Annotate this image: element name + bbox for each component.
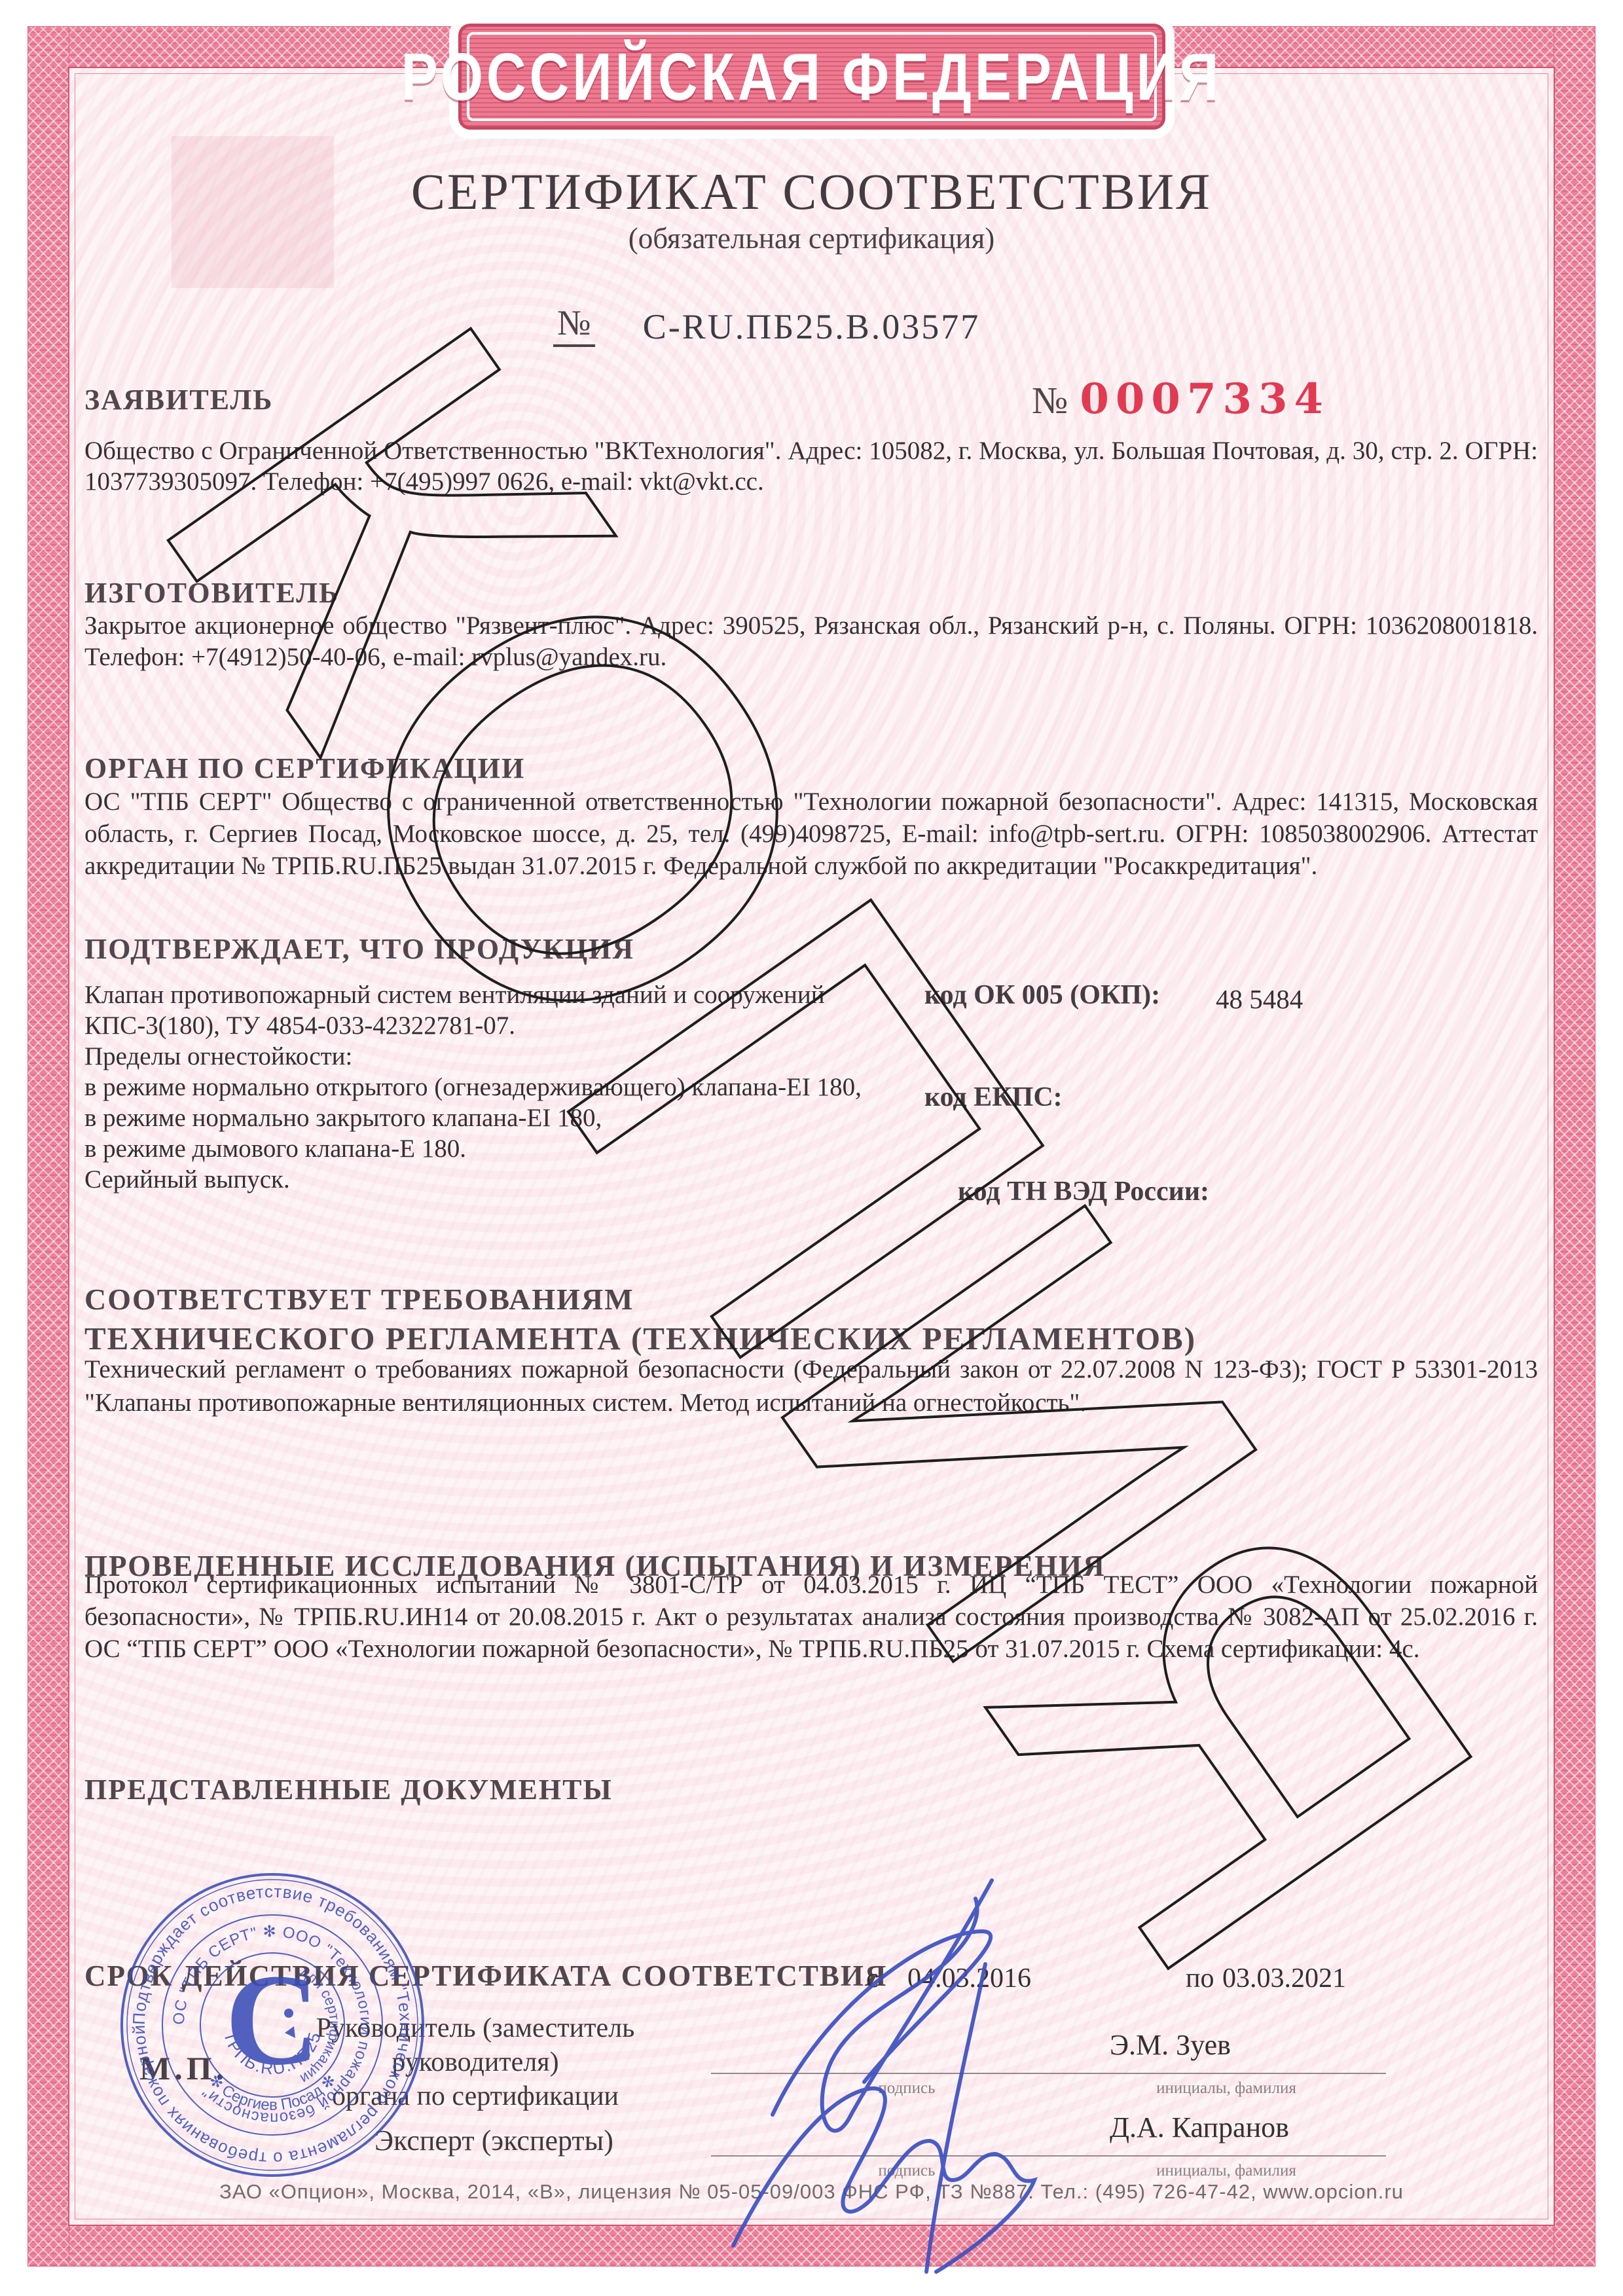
signature-stroke xyxy=(926,1964,985,2272)
ink-signatures xyxy=(0,0,1623,2296)
signature-stroke xyxy=(733,2088,1034,2272)
banner-title: РОССИЙСКАЯ ФЕДЕРАЦИЯ xyxy=(401,38,1222,115)
header-banner: РОССИЙСКАЯ ФЕДЕРАЦИЯ xyxy=(458,24,1165,130)
certificate-page: РОССИЙСКАЯ ФЕДЕРАЦИЯ СЕРТИФИКАТ СООТВЕТС… xyxy=(0,0,1623,2296)
